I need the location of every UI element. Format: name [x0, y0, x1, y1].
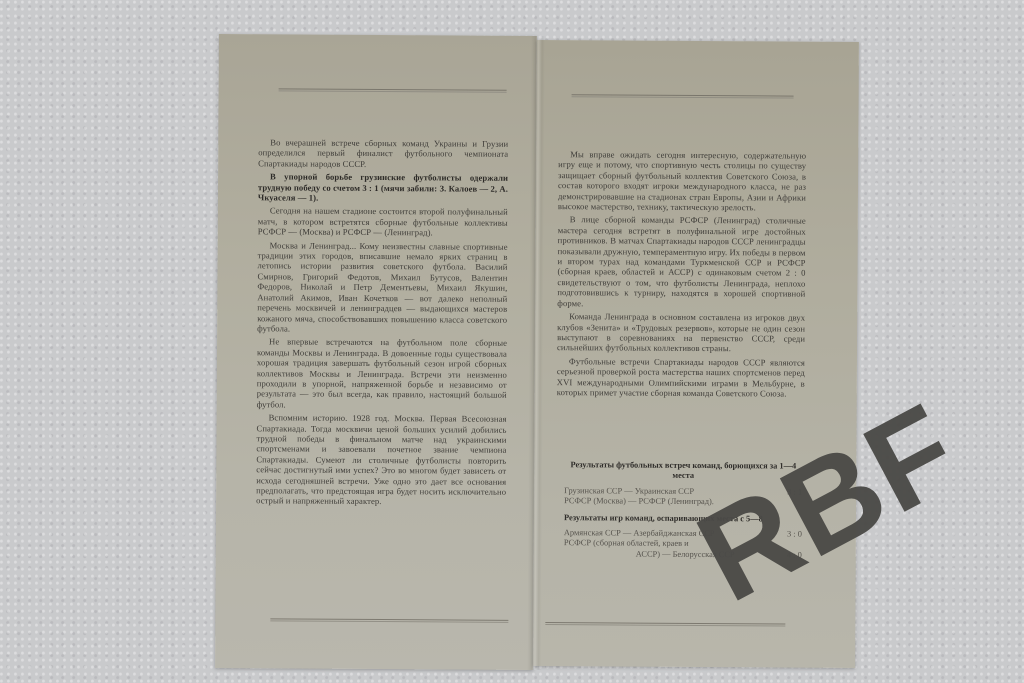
- paragraph: Команда Ленинграда в основном составлена…: [557, 311, 805, 354]
- left-page: Во вчерашней встрече сборных команд Укра…: [215, 34, 537, 670]
- paragraph: Во вчерашней встрече сборных команд Укра…: [258, 137, 508, 170]
- paragraph: В лице сборной команды РСФСР (Ленинград)…: [557, 215, 806, 310]
- paragraph: Москва и Ленинград... Кому неизвестны сл…: [257, 240, 508, 335]
- paragraph: Вспомним историю. 1928 год. Москва. Перв…: [256, 412, 507, 507]
- paragraph: Мы вправе ожидать сегодня интересную, со…: [558, 149, 806, 213]
- top-rule-right: [572, 94, 794, 98]
- match: РСФСР (сборная областей, краев и: [564, 539, 689, 550]
- paragraph: В упорной борьбе грузинские футболисты о…: [258, 172, 508, 205]
- left-page-text: Во вчерашней встрече сборных команд Укра…: [256, 137, 508, 510]
- paragraph-bold: В упорной борьбе грузинские футболисты о…: [258, 172, 508, 203]
- paragraph: Футбольные встречи Спартакиады народов С…: [557, 356, 805, 399]
- top-rule-left: [279, 88, 507, 92]
- paragraph: Сегодня на нашем стадионе состоится втор…: [258, 206, 508, 239]
- match: Грузинская ССР — Украинская ССР: [564, 486, 694, 497]
- paragraph: Не впервые встречаются на футбольном пол…: [257, 337, 507, 411]
- right-page-text: Мы вправе ожидать сегодня интересную, со…: [557, 149, 807, 402]
- bottom-rule-left: [270, 618, 508, 622]
